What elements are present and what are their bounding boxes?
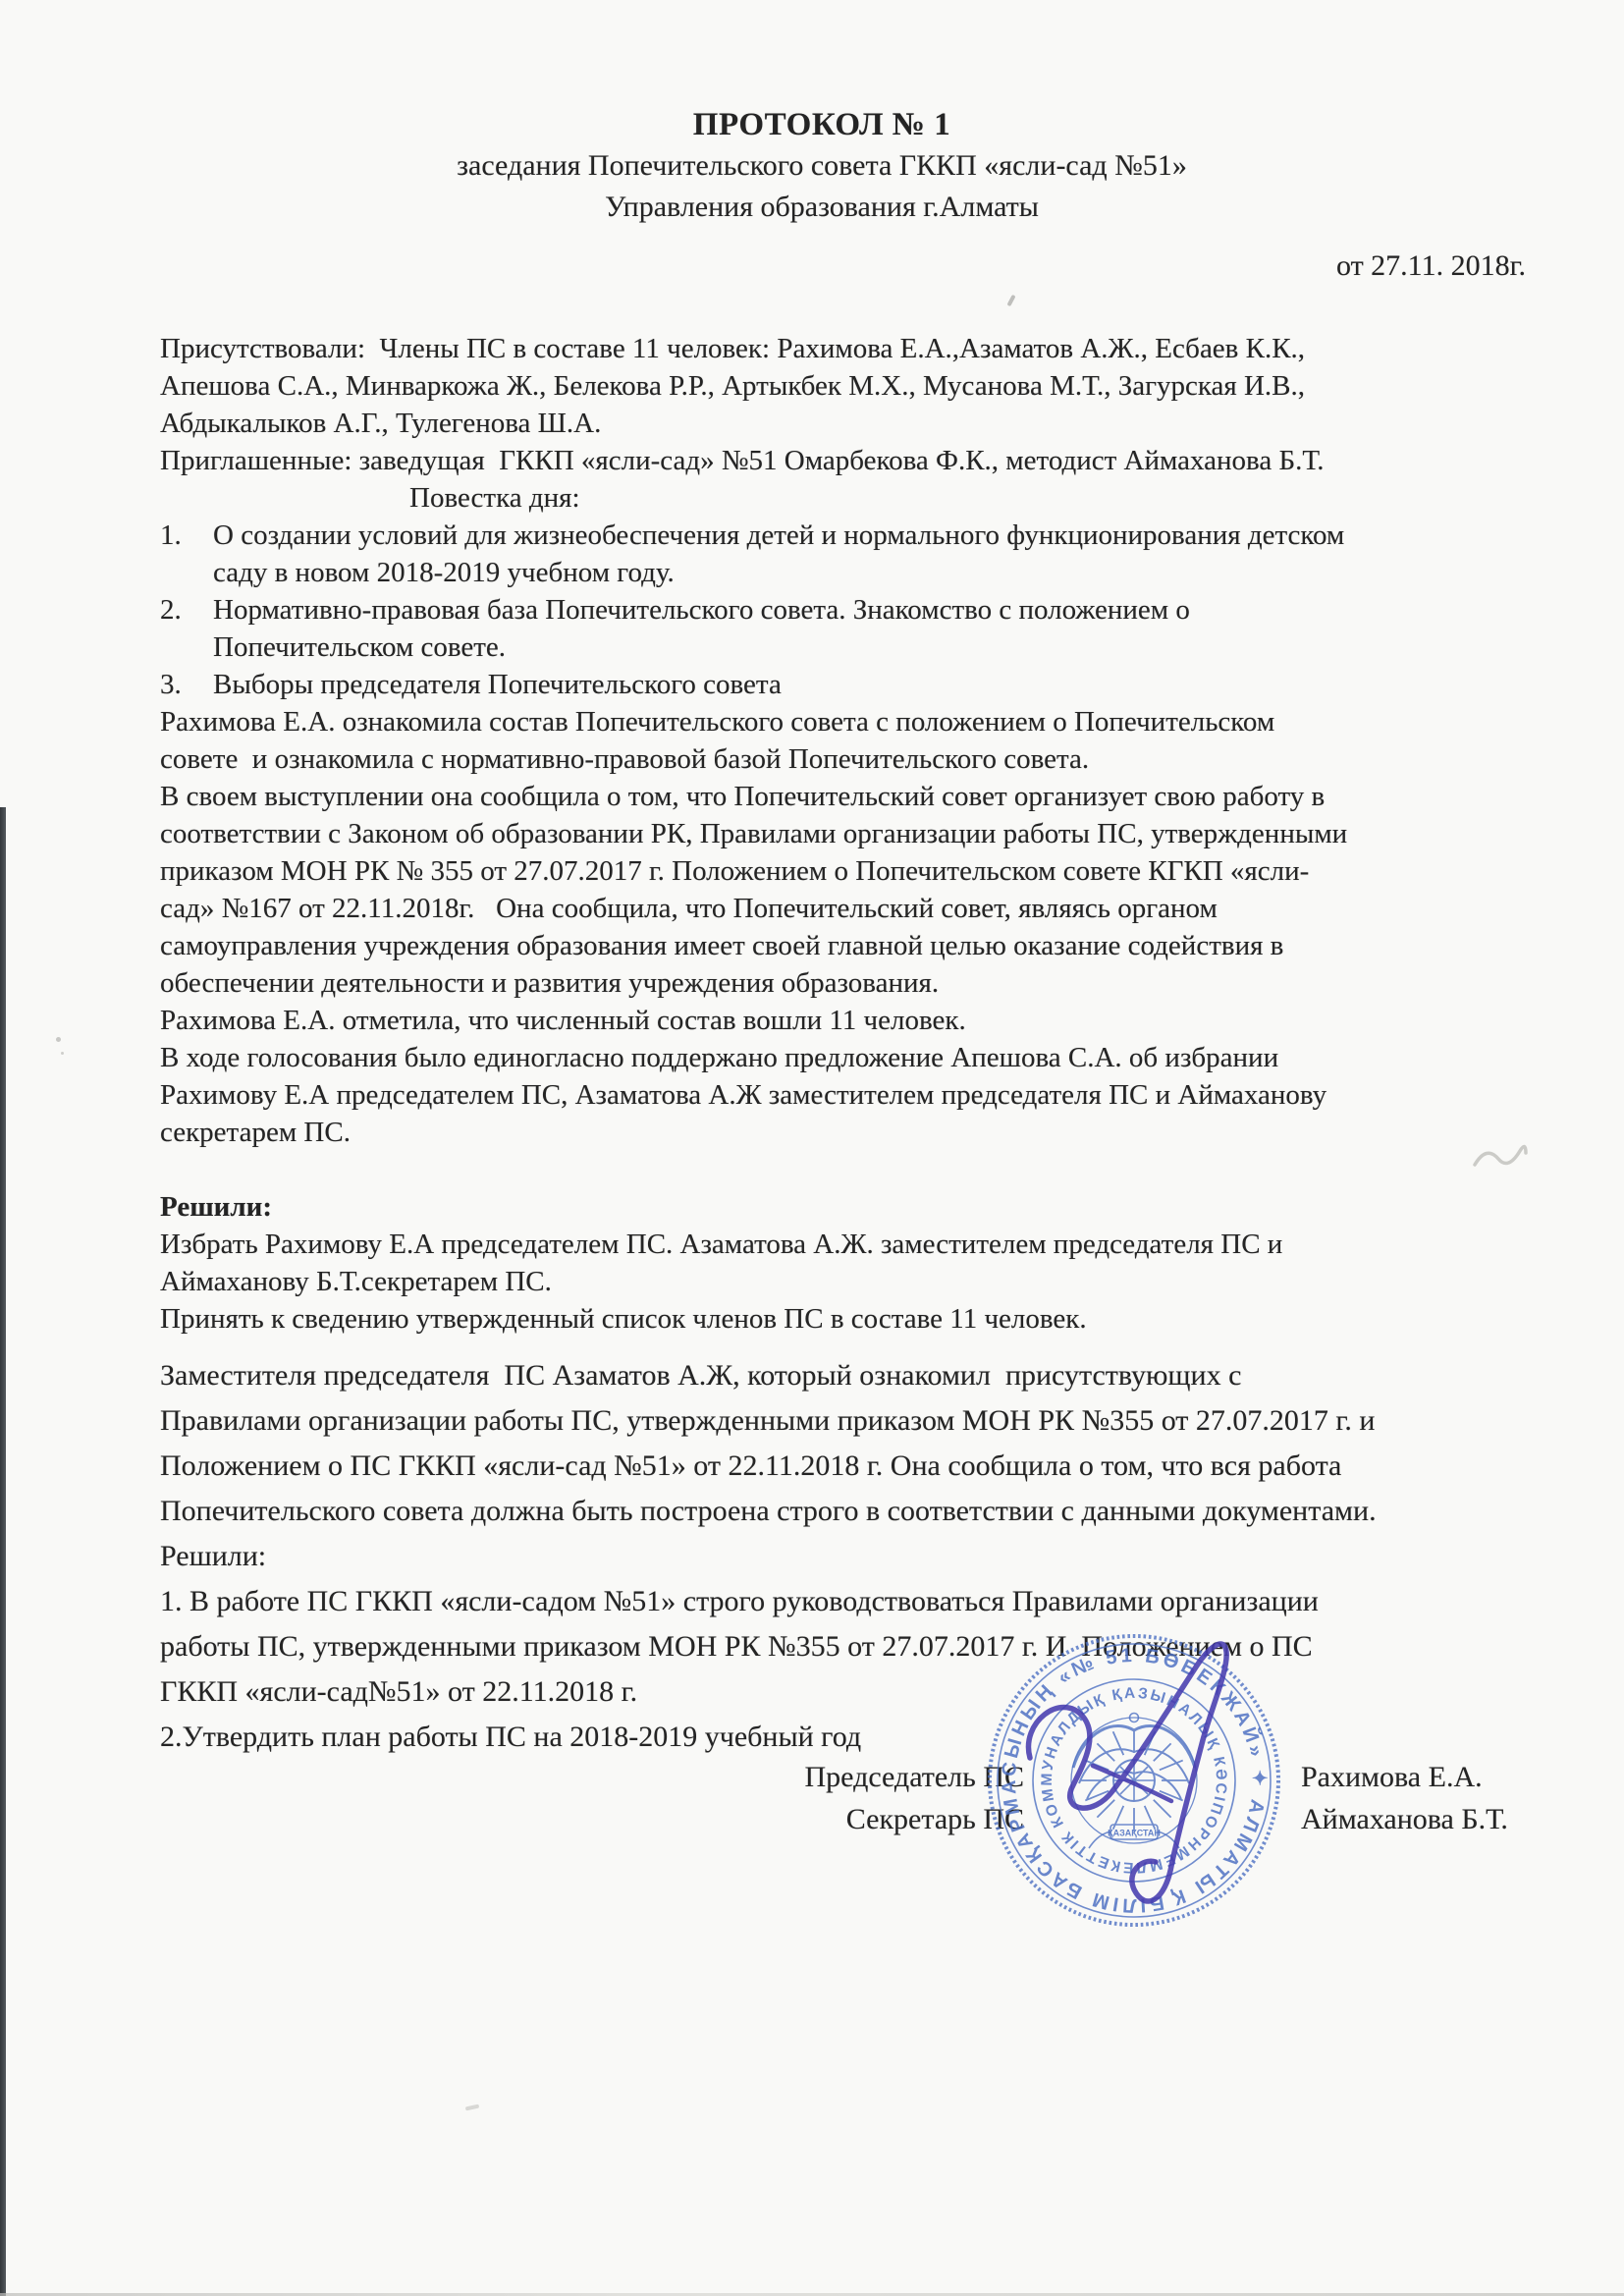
decision-heading: Решили: — [160, 1188, 1520, 1226]
report-line: соответствии с Законом об образовании РК… — [160, 815, 1520, 852]
deputy-line: Заместителя председателя ПС Азаматов А.Ж… — [160, 1353, 1520, 1398]
report-line: В своем выступлении она сообщила о том, … — [160, 778, 1520, 815]
agenda-item-line: Нормативно-правовая база Попечительского… — [213, 591, 1520, 629]
scan-edge-left — [0, 807, 6, 2296]
decision2-line: 1. В работе ПС ГККП «ясли-садом №51» стр… — [160, 1579, 1520, 1624]
agenda-label: Повестка дня: — [160, 479, 1520, 517]
body-section-upper: Присутствовали: Члены ПС в составе 11 че… — [160, 330, 1520, 1338]
decision-line: Аймаханову Б.Т.секретарем ПС. — [160, 1263, 1520, 1300]
invitees-line: Приглашенные: заведущая ГККП «ясли-сад» … — [160, 442, 1520, 479]
deputy-line: Положением о ПС ГККП «ясли-сад №51» от 2… — [160, 1444, 1520, 1489]
document-date: от 27.11. 2018г. — [1336, 249, 1526, 283]
deputy-line: Попечительского совета должна быть постр… — [160, 1489, 1520, 1534]
decision-line: Избрать Рахимову Е.А председателем ПС. А… — [160, 1226, 1520, 1263]
decision2-line: 2.Утвердить план работы ПС на 2018-2019 … — [160, 1715, 1520, 1760]
scan-artifact — [465, 2105, 480, 2111]
signature-name-secretary: Аймаханова Б.Т. — [1301, 1803, 1508, 1836]
agenda-item-text: Выборы председателя Попечительского сове… — [213, 666, 1520, 703]
agenda-item-text: О создании условий для жизнеобеспечения … — [213, 517, 1520, 591]
official-stamp: БІЛІМ БАСҚАРМАСЫНЫҢ «№ 51 БӨБЕКЖАЙ» ✦ АЛ… — [977, 1620, 1291, 1939]
agenda-item-number: 3. — [160, 666, 213, 703]
agenda-item-number: 2. — [160, 591, 213, 666]
agenda-item-2: 2. Нормативно-правовая база Попечительск… — [160, 591, 1520, 666]
scan-artifact — [1006, 295, 1015, 306]
agenda-item-3: 3. Выборы председателя Попечительского с… — [160, 666, 1520, 703]
decision2-heading: Решили: — [160, 1534, 1520, 1579]
report-line: сад» №167 от 22.11.2018г. Она сообщила, … — [160, 890, 1520, 927]
report-line: Рахимова Е.А. ознакомила состав Попечите… — [160, 703, 1520, 740]
decision2-line: ГККП «ясли-сад№51» от 22.11.2018 г. — [160, 1669, 1520, 1715]
document-subtitle-1: заседания Попечительского совета ГККП «я… — [137, 145, 1506, 187]
agenda-item-line: Выборы председателя Попечительского сове… — [213, 666, 1520, 703]
deputy-line: Правилами организации работы ПС, утвержд… — [160, 1398, 1520, 1444]
report-line: В ходе голосования было единогласно подд… — [160, 1039, 1520, 1076]
agenda-item-line: О создании условий для жизнеобеспечения … — [213, 517, 1520, 554]
signature-name-chairman: Рахимова Е.А. — [1301, 1761, 1483, 1794]
body-section-lower: Заместителя председателя ПС Азаматов А.Ж… — [160, 1353, 1520, 1760]
agenda-item-line: саду в новом 2018-2019 учебном году. — [213, 554, 1520, 591]
report-line: самоуправления учреждения образования им… — [160, 927, 1520, 964]
agenda-item-text: Нормативно-правовая база Попечительского… — [213, 591, 1520, 666]
scan-artifact-squiggle — [1469, 1131, 1532, 1186]
agenda-item-line: Попечительском совете. — [213, 629, 1520, 666]
report-line: секретарем ПС. — [160, 1114, 1520, 1151]
blank-line — [160, 1151, 1520, 1188]
report-line: совете и ознакомила с нормативно-правово… — [160, 740, 1520, 778]
scanned-document-page: ПРОТОКОЛ № 1 заседания Попечительского с… — [0, 0, 1624, 2296]
attendees-line: Апешова С.А., Минваркожа Ж., Белекова Р.… — [160, 367, 1520, 405]
document-body: Присутствовали: Члены ПС в составе 11 че… — [160, 330, 1520, 1760]
agenda-item-1: 1. О создании условий для жизнеобеспечен… — [160, 517, 1520, 591]
report-line: Рахимова Е.А. отметила, что численный со… — [160, 1002, 1520, 1039]
report-line: Рахимову Е.А председателем ПС, Азаматова… — [160, 1076, 1520, 1114]
report-line: приказом МОН РК № 355 от 27.07.2017 г. П… — [160, 852, 1520, 890]
document-title: ПРОТОКОЛ № 1 — [137, 104, 1506, 145]
attendees-line: Абдыкалыков А.Г., Тулегенова Ш.А. — [160, 405, 1520, 442]
decision-line: Принять к сведению утвержденный список ч… — [160, 1300, 1520, 1338]
document-header: ПРОТОКОЛ № 1 заседания Попечительского с… — [137, 104, 1506, 228]
document-subtitle-2: Управления образования г.Алматы — [137, 187, 1506, 228]
decision2-line: работы ПС, утвержденными приказом МОН РК… — [160, 1624, 1520, 1669]
scan-artifact — [56, 1037, 61, 1042]
report-line: обеспечении деятельности и развития учре… — [160, 964, 1520, 1002]
attendees-line: Присутствовали: Члены ПС в составе 11 че… — [160, 330, 1520, 367]
agenda-item-number: 1. — [160, 517, 213, 591]
stamp-center-label: ҚАЗАҚСТАН — [1108, 1829, 1161, 1838]
